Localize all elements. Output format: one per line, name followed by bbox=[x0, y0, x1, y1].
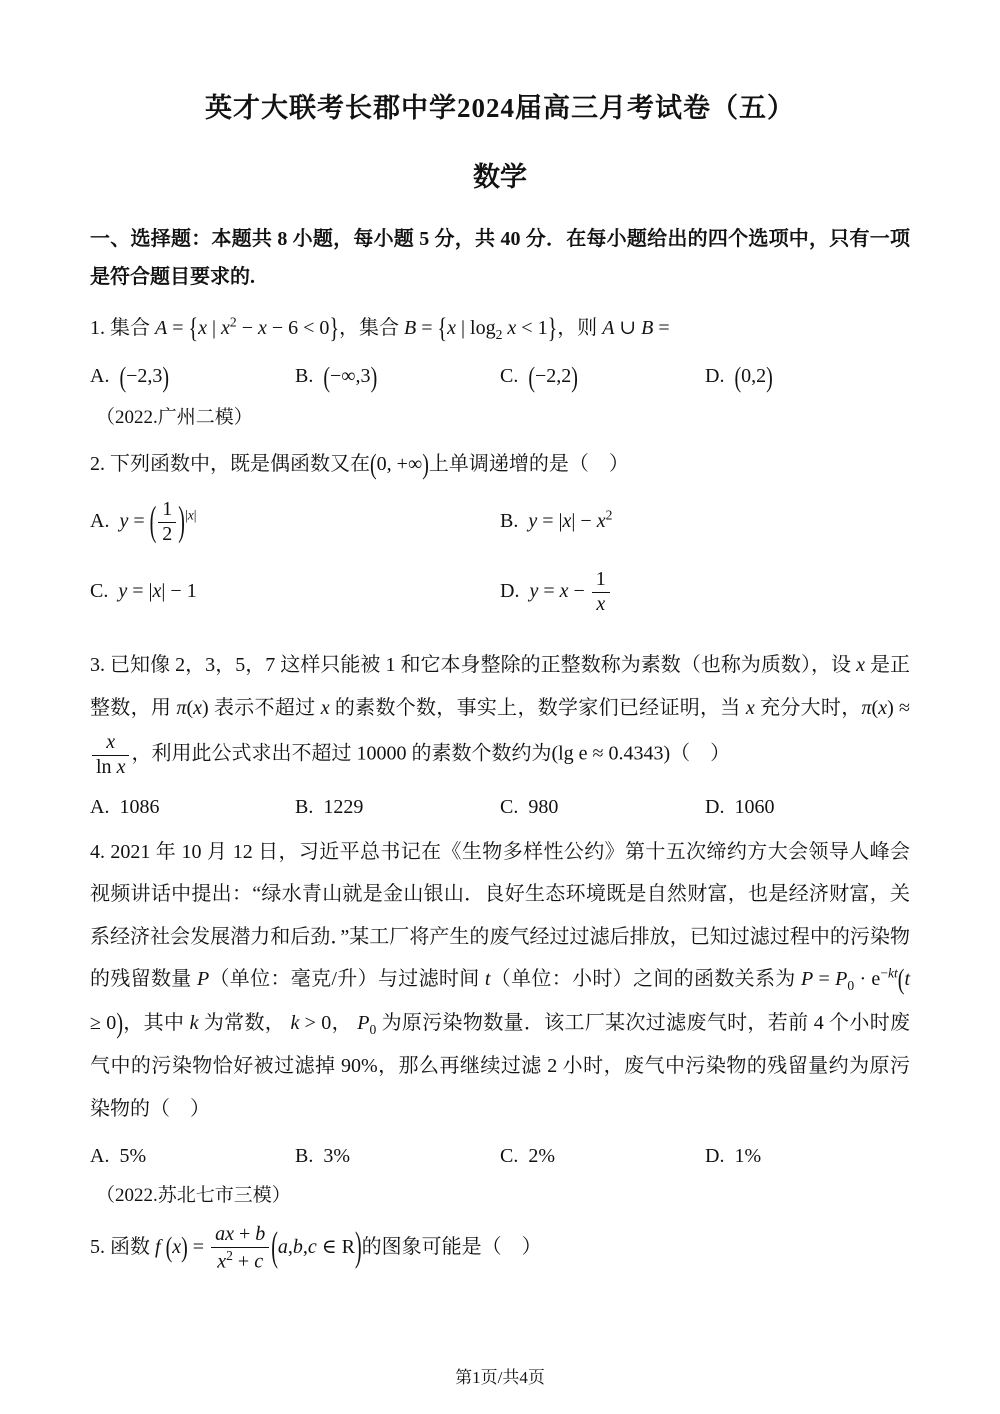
option-label: C. bbox=[90, 580, 108, 602]
option-label: B. bbox=[500, 510, 518, 532]
option-label: D. bbox=[705, 1145, 724, 1167]
question-3-stem: 3. 已知像 2，3，5，7 这样只能被 1 和它本身整除的正整数称为素数（也称… bbox=[90, 644, 910, 781]
option-value: y = |x| − x2 bbox=[528, 510, 612, 532]
exam-document: 英才大联考长郡中学2024届高三月考试卷（五） 数学 一、选择题：本题共 8 小… bbox=[0, 0, 1000, 1276]
question-2-option-c: C.y = |x| − 1 bbox=[90, 575, 500, 607]
question-4-options: A.5% B.3% C.2% D.1% bbox=[90, 1140, 910, 1172]
option-value: 1086 bbox=[119, 796, 159, 818]
option-value: 1229 bbox=[323, 796, 363, 818]
option-value: 1060 bbox=[734, 796, 774, 818]
question-5-stem: 5. 函数 f (x) = ax + bx2 + c(a,b,c ∈ R)的图象… bbox=[90, 1221, 910, 1276]
question-4-option-b: B.3% bbox=[295, 1140, 500, 1172]
option-label: B. bbox=[295, 1145, 313, 1167]
question-5: 5. 函数 f (x) = ax + bx2 + c(a,b,c ∈ R)的图象… bbox=[90, 1221, 910, 1276]
option-value: y = (12)|x| bbox=[119, 510, 196, 532]
question-3-option-b: B.1229 bbox=[295, 791, 500, 823]
question-1-options: A.(−2,3) B.(−∞,3) C.(−2,2) D.(0,2) bbox=[90, 360, 910, 393]
question-1-option-c: C.(−2,2) bbox=[500, 360, 705, 393]
question-4-source: （2022.苏北七市三模） bbox=[90, 1180, 910, 1207]
option-label: D. bbox=[500, 580, 519, 602]
question-2-option-d: D.y = x − 1x bbox=[500, 566, 910, 618]
question-4-stem: 4. 2021 年 10 月 12 日，习近平总书记在《生物多样性公约》第十五次… bbox=[90, 831, 910, 1130]
option-label: D. bbox=[705, 796, 724, 818]
option-value: 2% bbox=[528, 1145, 555, 1167]
question-2-stem: 2. 下列函数中，既是偶函数又在(0, +∞)上单调递增的是（ ） bbox=[90, 443, 910, 487]
option-value: (0,2) bbox=[734, 365, 772, 387]
option-label: A. bbox=[90, 365, 109, 387]
option-label: A. bbox=[90, 510, 109, 532]
option-value: y = x − 1x bbox=[529, 580, 611, 602]
option-label: C. bbox=[500, 1145, 518, 1167]
question-2-options: A.y = (12)|x| B.y = |x| − x2 C.y = |x| −… bbox=[90, 496, 910, 636]
option-value: 3% bbox=[323, 1145, 350, 1167]
question-3: 3. 已知像 2，3，5，7 这样只能被 1 和它本身整除的正整数称为素数（也称… bbox=[90, 644, 910, 823]
question-3-options: A.1086 B.1229 C.980 D.1060 bbox=[90, 791, 910, 823]
page-footer: 第1页/共4页 bbox=[0, 1363, 1000, 1388]
option-label: C. bbox=[500, 796, 518, 818]
section-heading: 一、选择题：本题共 8 小题，每小题 5 分，共 40 分．在每小题给出的四个选… bbox=[90, 220, 910, 297]
question-1: 1. 集合 A = {x | x2 − x − 6 < 0}，集合 B = {x… bbox=[90, 307, 910, 429]
question-1-source: （2022.广州二模） bbox=[90, 402, 910, 429]
option-label: B. bbox=[295, 796, 313, 818]
option-value: 980 bbox=[528, 796, 558, 818]
option-value: 5% bbox=[119, 1145, 146, 1167]
question-1-option-d: D.(0,2) bbox=[705, 360, 910, 393]
question-1-option-b: B.(−∞,3) bbox=[295, 360, 500, 393]
option-label: A. bbox=[90, 1145, 109, 1167]
option-value: (−∞,3) bbox=[323, 365, 377, 387]
question-1-option-a: A.(−2,3) bbox=[90, 360, 295, 393]
question-2-option-b: B.y = |x| − x2 bbox=[500, 504, 910, 537]
page-subtitle: 数学 bbox=[90, 155, 910, 194]
question-1-stem: 1. 集合 A = {x | x2 − x − 6 < 0}，集合 B = {x… bbox=[90, 307, 910, 351]
question-4-option-d: D.1% bbox=[705, 1140, 910, 1172]
option-label: C. bbox=[500, 365, 518, 387]
option-value: y = |x| − 1 bbox=[118, 580, 196, 602]
question-2-option-a: A.y = (12)|x| bbox=[90, 496, 500, 548]
option-value: (−2,2) bbox=[528, 365, 578, 387]
option-label: B. bbox=[295, 365, 313, 387]
option-label: D. bbox=[705, 365, 724, 387]
question-3-option-d: D.1060 bbox=[705, 791, 910, 823]
question-3-option-c: C.980 bbox=[500, 791, 705, 823]
option-value: 1% bbox=[734, 1145, 761, 1167]
page-title: 英才大联考长郡中学2024届高三月考试卷（五） bbox=[90, 86, 910, 125]
option-value: (−2,3) bbox=[119, 365, 169, 387]
question-4: 4. 2021 年 10 月 12 日，习近平总书记在《生物多样性公约》第十五次… bbox=[90, 831, 910, 1207]
question-4-option-c: C.2% bbox=[500, 1140, 705, 1172]
question-2: 2. 下列函数中，既是偶函数又在(0, +∞)上单调递增的是（ ） A.y = … bbox=[90, 443, 910, 637]
question-4-option-a: A.5% bbox=[90, 1140, 295, 1172]
option-label: A. bbox=[90, 796, 109, 818]
question-3-option-a: A.1086 bbox=[90, 791, 295, 823]
